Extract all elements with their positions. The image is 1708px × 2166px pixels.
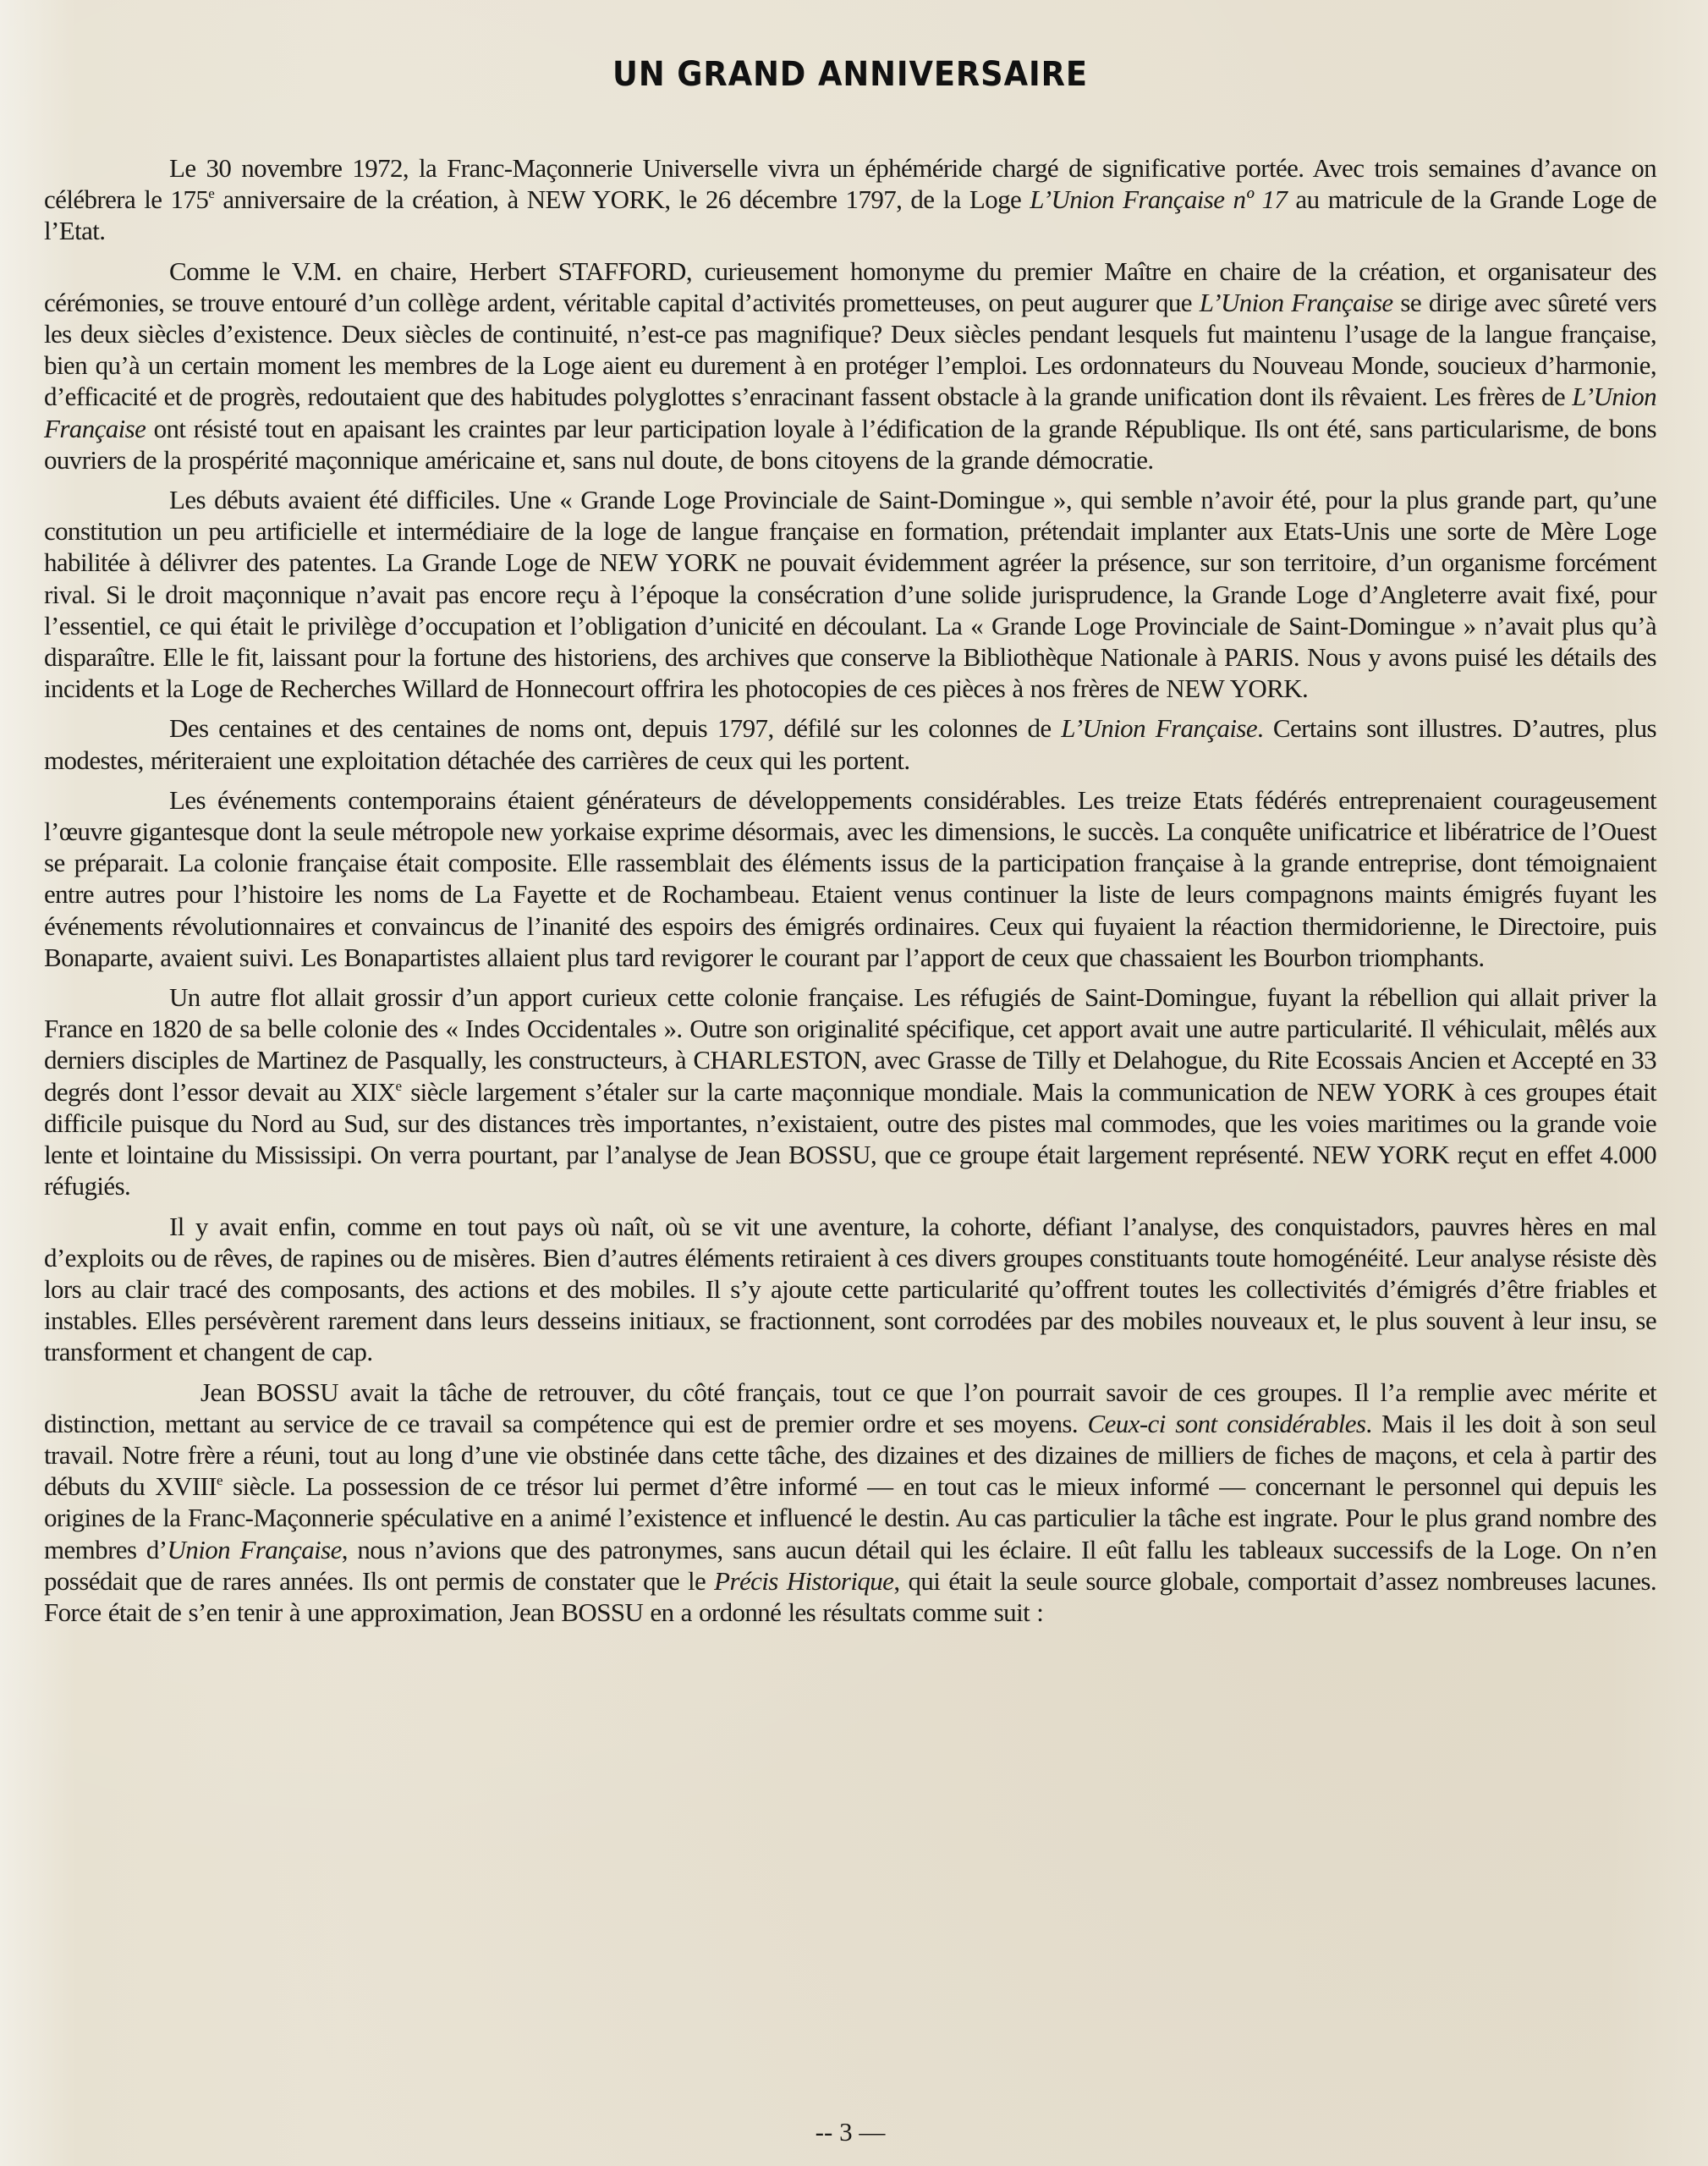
ordinal-superscript: e — [396, 1078, 402, 1094]
paragraph-2: Comme le V.M. en chaire, Herbert STAFFOR… — [44, 256, 1656, 476]
page-title: UN GRAND ANNIVERSAIRE — [108, 55, 1592, 94]
article-body: Le 30 novembre 1972, la Franc-Maçonnerie… — [44, 152, 1656, 1636]
italic-title: L’Union Française — [1200, 288, 1393, 317]
paragraph-8: Jean BOSSU avait la tâche de retrouver, … — [44, 1377, 1656, 1629]
paragraph-1: Le 30 novembre 1972, la Franc-Maçonnerie… — [44, 152, 1656, 247]
italic-title: Union Française — [168, 1535, 342, 1564]
paragraph-3: Les débuts avaient été difficiles. Une «… — [44, 484, 1656, 704]
italic-title: L’Union Française — [44, 382, 1656, 443]
paragraph-5: Les événements contemporains étaient gén… — [44, 784, 1656, 973]
paragraph-4: Des centaines et des centaines de noms o… — [44, 712, 1656, 775]
ordinal-superscript: e — [208, 185, 214, 201]
ordinal-superscript: e — [217, 1472, 222, 1488]
paragraph-6: Un autre flot allait grossir d’un apport… — [44, 981, 1656, 1201]
italic-title: Précis Historique — [714, 1566, 893, 1596]
italic-title: L’Union Française — [1061, 713, 1257, 743]
paragraph-7: Il y avait enfin, comme en tout pays où … — [44, 1211, 1656, 1368]
page-number: -- 3 — — [44, 2117, 1656, 2147]
italic-title: L’Union Française nº 17 — [1030, 184, 1287, 214]
italic-title: Ceux-ci sont considérables — [1088, 1409, 1366, 1438]
